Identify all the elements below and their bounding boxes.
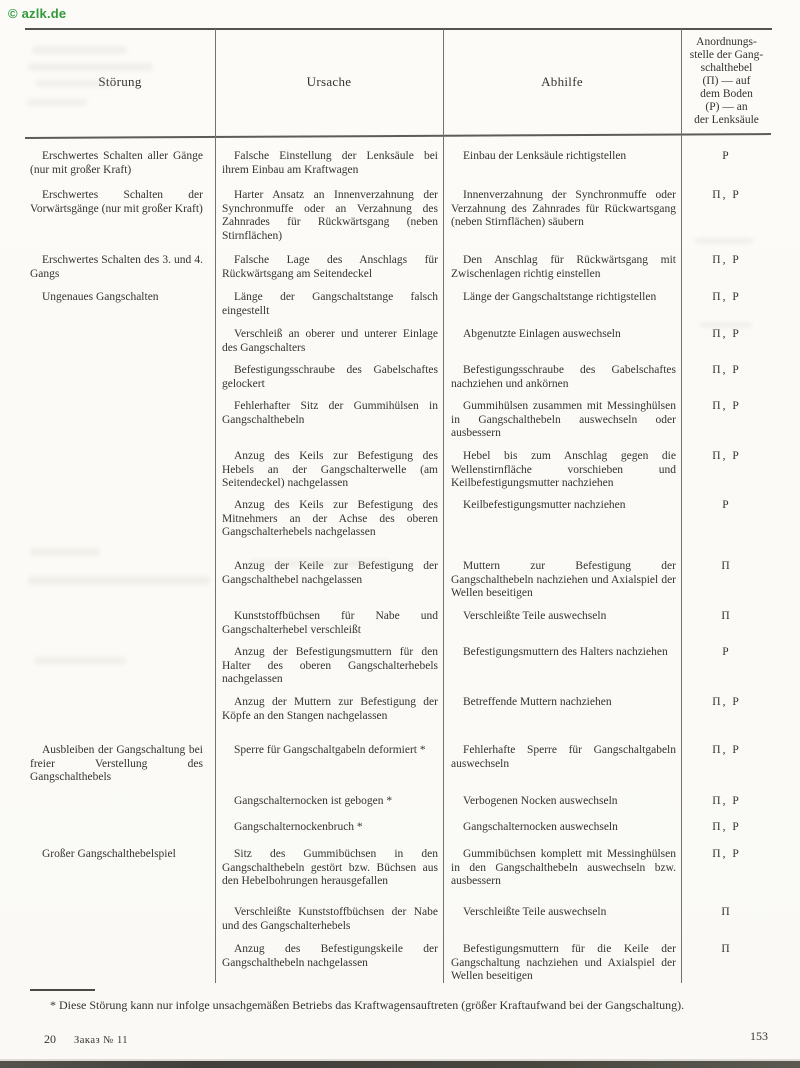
table-row: Erschwertes Schalten aller Gänge (nur mi…	[25, 150, 772, 177]
cell-ursache: Anzug der Muttern zur Befestigung der Kö…	[215, 696, 443, 723]
cell-abhilfe: Länge der Gangschaltstange richtigstelle…	[443, 291, 681, 305]
cell-stoerung: Erschwertes Schalten aller Gänge (nur mi…	[25, 150, 215, 177]
table-row: Anzug des Keils zur Befestigung des Mitn…	[25, 499, 772, 540]
table-row: Großer Gangschalthebelspiel Sitz des Gum…	[25, 848, 772, 889]
table-row: Befestigungsschraube des Gabelschaftes g…	[25, 364, 772, 391]
cell-position: П, Р	[681, 189, 772, 203]
table-row: Verschleißte Kunststoffbüchsen der Nabe …	[25, 906, 772, 933]
cell-ursache: Gangschalternocken ist gebogen *	[215, 795, 443, 809]
cell-ursache: Länge der Gangschaltstange falsch einges…	[215, 291, 443, 318]
table-row: Erschwertes Schalten des 3. und 4. Gangs…	[25, 254, 772, 281]
cell-stoerung: Erschwertes Schalten des 3. und 4. Gangs	[25, 254, 215, 281]
cell-abhilfe: Betreffende Muttern nachziehen	[443, 696, 681, 710]
scanned-document-page: { "watermark": {"text": "© azlk.de", "co…	[0, 0, 800, 1068]
cell-position: П, Р	[681, 328, 772, 342]
cell-position: Р	[681, 150, 772, 164]
table-row: Anzug des Befestigungskeile der Gangscha…	[25, 943, 772, 984]
scan-artifact	[36, 80, 114, 87]
cell-ursache: Anzug des Keils zur Befestigung des Hebe…	[215, 450, 443, 491]
table-row: Fehlerhafter Sitz der Gummihülsen in Gan…	[25, 400, 772, 441]
cell-ursache: Falsche Lage des Anschlags für Rückwärts…	[215, 254, 443, 281]
cell-abhilfe: Verbogenen Nocken auswechseln	[443, 795, 681, 809]
table-row: Ungenaues Gangschalten Länge der Gangsch…	[25, 291, 772, 318]
table-body: Erschwertes Schalten aller Gänge (nur mi…	[0, 0, 800, 1068]
scan-artifact	[28, 576, 210, 585]
cell-ursache: Harter Ansatz an Innenverzahnung der Syn…	[215, 189, 443, 243]
cell-position: Р	[681, 499, 772, 513]
cell-ursache: Verschleiß an oberer und unterer Einlage…	[215, 328, 443, 355]
cell-stoerung: Erschwertes Schalten der Vorwärtsgänge (…	[25, 189, 215, 216]
cell-position: П, Р	[681, 795, 772, 809]
cell-ursache: Anzug des Befestigungskeile der Gangscha…	[215, 943, 443, 970]
cell-position: Р	[681, 646, 772, 660]
cell-ursache: Sperre für Gangschaltgabeln deformiert *	[215, 744, 443, 758]
footer-print-info: 20Заказ № 11	[44, 1032, 128, 1047]
page-edge-shadow	[0, 1061, 800, 1068]
cell-abhilfe: Innenverzahnung der Synchronmuffe oder V…	[443, 189, 681, 230]
table-row: Gangschalternocken ist gebogen * Verboge…	[25, 795, 772, 809]
cell-ursache: Befestigungsschraube des Gabelschaftes g…	[215, 364, 443, 391]
cell-abhilfe: Befestigungsmuttern für die Keile der Ga…	[443, 943, 681, 984]
footnote: * Diese Störung kann nur infolge unsachg…	[22, 998, 770, 1013]
table-row: Anzug der Befestigungsmuttern für den Ha…	[25, 646, 772, 687]
cell-position: П	[681, 906, 772, 920]
scan-artifact	[30, 548, 100, 556]
cell-position: П, Р	[681, 450, 772, 464]
scan-artifact	[695, 238, 753, 244]
cell-ursache: Kunststoffbüchsen für Nabe und Gangschal…	[215, 610, 443, 637]
table-row: Erschwertes Schalten der Vorwärtsgänge (…	[25, 189, 772, 243]
table-row: Anzug des Keils zur Befestigung des Hebe…	[25, 450, 772, 491]
cell-ursache: Sitz des Gummibüchsen in den Gangschalth…	[215, 848, 443, 889]
cell-abhilfe: Verschleißte Teile auswechseln	[443, 610, 681, 624]
cell-position: П	[681, 943, 772, 957]
cell-position: П, Р	[681, 848, 772, 862]
cell-position: П, Р	[681, 400, 772, 414]
cell-stoerung: Großer Gangschalthebelspiel	[25, 848, 215, 862]
scan-artifact	[28, 63, 153, 71]
table-row: Anzug der Muttern zur Befestigung der Kö…	[25, 696, 772, 723]
scan-artifact	[27, 99, 87, 106]
cell-abhilfe: Keilbefestigungsmutter nachziehen	[443, 499, 681, 513]
cell-ursache: Fehlerhafter Sitz der Gummihülsen in Gan…	[215, 400, 443, 427]
cell-stoerung: Ungenaues Gangschalten	[25, 291, 215, 305]
page-number: 153	[750, 1029, 768, 1044]
cell-ursache: Anzug des Keils zur Befestigung des Mitn…	[215, 499, 443, 540]
cell-position: П, Р	[681, 821, 772, 835]
cell-abhilfe: Den Anschlag für Rückwärtsgang mit Zwisc…	[443, 254, 681, 281]
cell-abhilfe: Befestigungsschraube des Gabelschaftes n…	[443, 364, 681, 391]
cell-position: П, Р	[681, 364, 772, 378]
cell-abhilfe: Abgenutzte Einlagen auswechseln	[443, 328, 681, 342]
cell-abhilfe: Muttern zur Befestigung der Gangschalthe…	[443, 560, 681, 601]
scan-artifact	[250, 560, 390, 567]
table-row: Ausbleiben der Gangschaltung bei freier …	[25, 744, 772, 785]
table-row: Gangschalternockenbruch * Gangschalterno…	[25, 821, 772, 835]
cell-abhilfe: Einbau der Lenksäule richtigstellen	[443, 150, 681, 164]
cell-ursache: Anzug der Befestigungsmuttern für den Ha…	[215, 646, 443, 687]
cell-abhilfe: Gummibüchsen komplett mit Messinghülsen …	[443, 848, 681, 889]
cell-position: П, Р	[681, 696, 772, 710]
footer-order-label: Заказ № 11	[74, 1035, 128, 1046]
cell-abhilfe: Gummihülsen zusammen mit Messinghülsen i…	[443, 400, 681, 441]
cell-position: П	[681, 560, 772, 574]
cell-position: П	[681, 610, 772, 624]
footer-sheet-number: 20	[44, 1032, 56, 1046]
scan-artifact	[32, 46, 127, 54]
cell-stoerung: Ausbleiben der Gangschaltung bei freier …	[25, 744, 215, 785]
cell-position: П, Р	[681, 291, 772, 305]
cell-abhilfe: Hebel bis zum Anschlag gegen die Wellens…	[443, 450, 681, 491]
cell-abhilfe: Fehlerhafte Sperre für Gangschaltgabeln …	[443, 744, 681, 771]
scan-artifact	[34, 657, 126, 664]
cell-abhilfe: Gangschalternocken auswechseln	[443, 821, 681, 835]
table-row: Kunststoffbüchsen für Nabe und Gangschal…	[25, 610, 772, 637]
scan-artifact	[700, 322, 752, 328]
table-row: Verschleiß an oberer und unterer Einlage…	[25, 328, 772, 355]
cell-abhilfe: Verschleißte Teile auswechseln	[443, 906, 681, 920]
cell-ursache: Falsche Einstellung der Lenksäule bei ih…	[215, 150, 443, 177]
cell-position: П, Р	[681, 744, 772, 758]
cell-position: П, Р	[681, 254, 772, 268]
cell-ursache: Gangschalternockenbruch *	[215, 821, 443, 835]
cell-ursache: Verschleißte Kunststoffbüchsen der Nabe …	[215, 906, 443, 933]
cell-abhilfe: Befestigungsmuttern des Halters nachzieh…	[443, 646, 681, 660]
